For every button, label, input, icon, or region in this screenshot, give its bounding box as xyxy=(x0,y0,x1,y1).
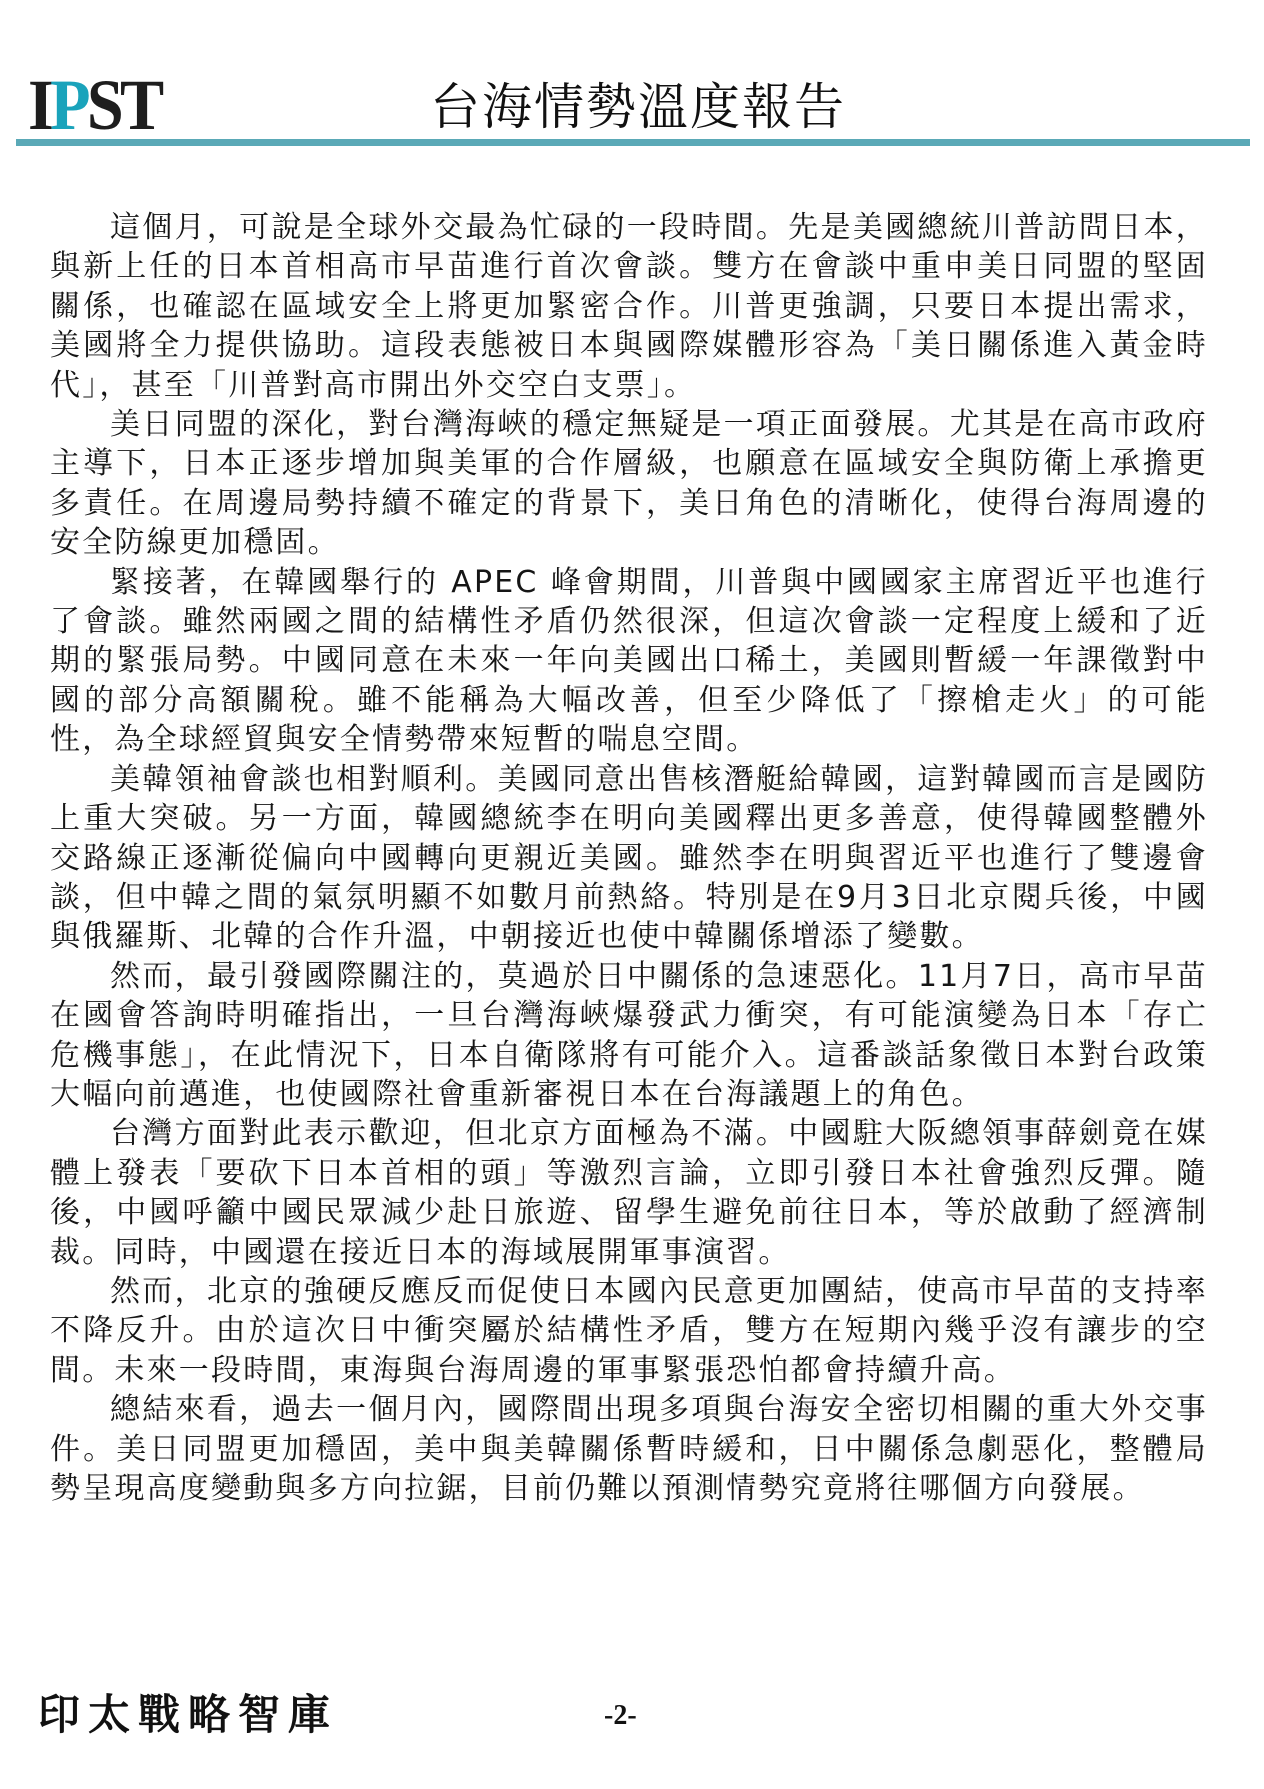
article-body: 這個月，可說是全球外交最為忙碌的一段時間。先是美國總統川普訪問日本，與新上任的日… xyxy=(50,208,1208,1508)
paragraph-1: 這個月，可說是全球外交最為忙碌的一段時間。先是美國總統川普訪問日本，與新上任的日… xyxy=(50,208,1208,405)
header-divider xyxy=(16,139,1250,146)
page-header: IPST 台海情勢溫度報告 xyxy=(0,0,1264,150)
paragraph-4: 美韓領袖會談也相對順利。美國同意出售核潛艇給韓國，這對韓國而言是國防上重大突破。… xyxy=(50,760,1208,957)
paragraph-5: 然而，最引發國際關注的，莫過於日中關係的急速惡化。11月7日，高市早苗在國會答詢… xyxy=(50,957,1208,1115)
paragraph-2: 美日同盟的深化，對台灣海峽的穩定無疑是一項正面發展。尤其是在高市政府主導下，日本… xyxy=(50,405,1208,563)
logo-letter-p: P xyxy=(50,65,87,145)
paragraph-7: 然而，北京的強硬反應反而促使日本國內民意更加團結，使高市早苗的支持率不降反升。由… xyxy=(50,1272,1208,1390)
footer-brand: 印太戰略智庫 xyxy=(38,1690,338,1740)
paragraph-8: 總結來看，過去一個月內，國際間出現多項與台海安全密切相關的重大外交事件。美日同盟… xyxy=(50,1390,1208,1508)
ipst-logo: IPST xyxy=(28,72,161,138)
paragraph-6: 台灣方面對此表示歡迎，但北京方面極為不滿。中國駐大阪總領事薛劍竟在媒體上發表「要… xyxy=(50,1114,1208,1272)
logo-letter-i: I xyxy=(28,65,50,145)
page-number: -2- xyxy=(604,1698,637,1734)
paragraph-3: 緊接著，在韓國舉行的 APEC 峰會期間，川普與中國國家主席習近平也進行了會談。… xyxy=(50,563,1208,760)
report-title: 台海情勢溫度報告 xyxy=(430,78,846,136)
logo-letters-st: ST xyxy=(87,65,161,145)
